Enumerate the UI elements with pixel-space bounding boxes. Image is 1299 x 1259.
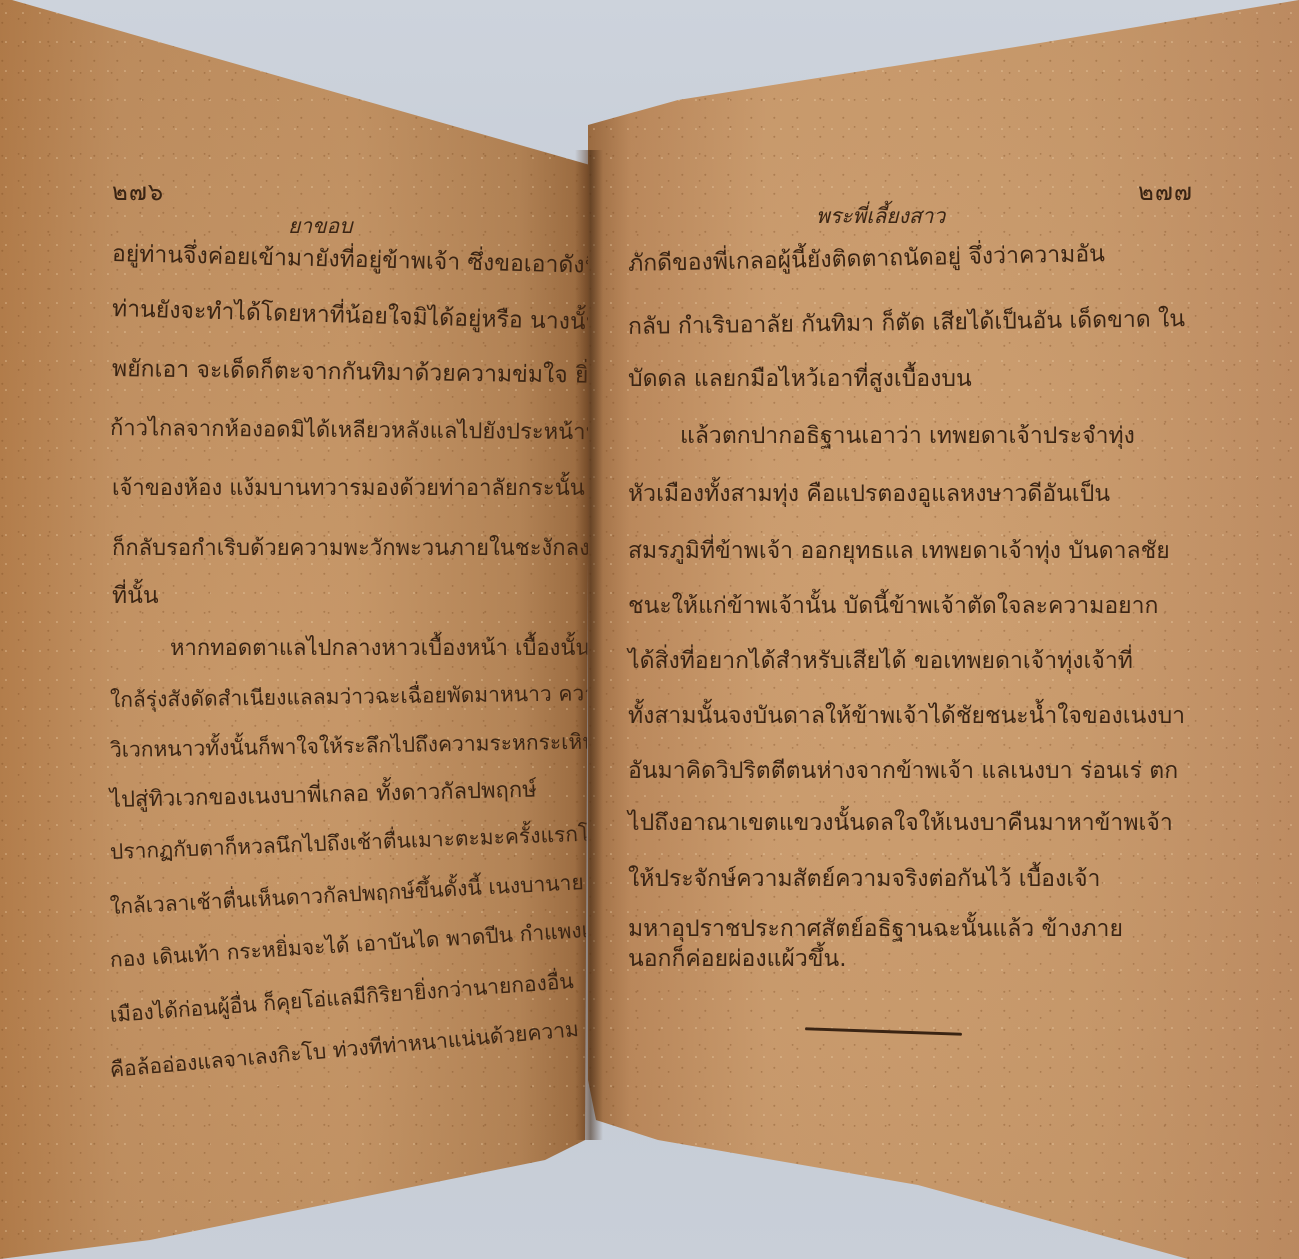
running-head-right: พระพี่เลี้ยงสาว — [816, 200, 945, 233]
text-line: หากทอดตาแลไปกลางหาวเบื้องหน้า เบื้องนั้น — [170, 638, 590, 660]
running-head-left: ยาขอบ — [288, 210, 352, 243]
right-page: ๒๗๗ พระพี่เลี้ยงสาว ภักดีของพี่เกลอผู้นี… — [588, 0, 1299, 1259]
text-line: อันมาคิดวิปริตตีตนห่างจากข้าพเจ้า แลเนงบ… — [628, 760, 1178, 783]
book-gutter — [575, 150, 603, 1140]
text-line: บัดดล แลยกมือไหว้เอาที่สูงเบื้องบน — [628, 368, 972, 391]
text-line: คือล้ออ่องแลจาเลงกิะโบ ท่วงทีท่าหนาแน่นด… — [109, 1019, 580, 1081]
book-photo: ๒๗๖ ยาขอบ อยู่ท่านจึ่งค่อยเข้ามายังที่อย… — [0, 0, 1299, 1259]
text-line: ไปสู่ทิวเวกของเนงบาพี่เกลอ ทั้งดาวกัลปพฤ… — [110, 780, 537, 812]
page-number-left: ๒๗๖ — [112, 172, 164, 211]
text-line: นอกก็ค่อยผ่องแผ้วขึ้น. — [628, 948, 847, 971]
text-line: ภักดีของพี่เกลอผู้นี้ยังติดตาถนัดอยู่ จึ… — [628, 243, 1105, 276]
page-number-right: ๒๗๗ — [1138, 172, 1193, 211]
text-line: ก้าวไกลจากห้องอดมิได้เหลียวหลังแลไปยังปร… — [110, 418, 590, 444]
text-line: ที่นั้น — [112, 585, 159, 608]
text-line: ใกล้รุ่งสังดัดสำเนียงแลลมว่าวฉะเฉื่อยพัด… — [110, 683, 590, 711]
text-line: ทั้งสามนั้นจงบันดาลให้ข้าพเจ้าได้ชัยชนะน… — [628, 705, 1185, 728]
text-line: อยู่ท่านจึ่งค่อยเข้ามายังที่อยู่ข้าพเจ้า… — [112, 243, 537, 276]
text-line: เจ้าของห้อง แง้มบานทวารมองด้วยท่าอาลัยกร… — [112, 478, 585, 500]
text-line: ปรากฏกับตาก็หวลนึกไปถึงเช้าตื่นเมาะตะมะค… — [110, 823, 590, 863]
text-line: มหาอุปราชประกาศสัตย์อธิฐานฉะนั้นแล้ว ข้า… — [628, 918, 1123, 941]
text-line: ได้สิ่งที่อยากได้สำหรับเสียได้ ขอเทพยดาเ… — [628, 650, 1133, 673]
left-page: ๒๗๖ ยาขอบ อยู่ท่านจึ่งค่อยเข้ามายังที่อย… — [0, 0, 590, 1259]
paper-texture — [0, 0, 590, 1259]
text-line: เมืองได้ก่อนผู้อื่น ก็คุยโอ่แลมีกิริยายิ… — [109, 971, 574, 1026]
text-line: กอง เดินเท้า กระหยิ่มจะได้ เอาบันได พาดป… — [109, 918, 590, 971]
text-line: สมรภูมิที่ข้าพเจ้า ออกยุทธแล เทพยดาเจ้าท… — [628, 540, 1170, 563]
text-line: ให้ประจักษ์ความสัตย์ความจริงต่อกันไว้ เบ… — [628, 868, 1100, 891]
text-line: ท่านยังจะทำได้โดยหาที่น้อยใจมิได้อยู่หรื… — [112, 298, 590, 335]
end-of-chapter-rule — [805, 1027, 962, 1035]
text-line: หัวเมืองทั้งสามทุ่ง คือแปรตองอูแลหงษาวดี… — [628, 483, 1110, 506]
text-line: พยักเอา จะเด็ดก็ตะจากกันทิมาด้วยความข่มใ… — [112, 358, 590, 388]
text-line: ไปถึงอาณาเขตแขวงนั้นดลใจให้เนงบาคืนมาหาข… — [628, 812, 1173, 835]
text-line: ใกล้เวลาเช้าตื่นเห็นดาวกัลปพฤกษ์ขึ้นดั้ง… — [109, 872, 584, 918]
text-line: แล้วตกปากอธิฐานเอาว่า เทพยดาเจ้าประจำทุ่… — [680, 425, 1135, 448]
text-line: วิเวกหนาวทั้งนั้นก็พาใจให้ระลึกไปถึงความ… — [110, 732, 590, 761]
text-line: ชนะให้แก่ข้าพเจ้านั้น บัดนี้ข้าพเจ้าตัดใ… — [628, 595, 1158, 618]
text-line: ก็กลับรอกำเริบด้วยความพะวักพะวนภายในชะงั… — [112, 538, 590, 560]
text-line: กลับ กำเริบอาลัย กันทิมา ก็ตัด เสียได้เป… — [628, 308, 1185, 339]
